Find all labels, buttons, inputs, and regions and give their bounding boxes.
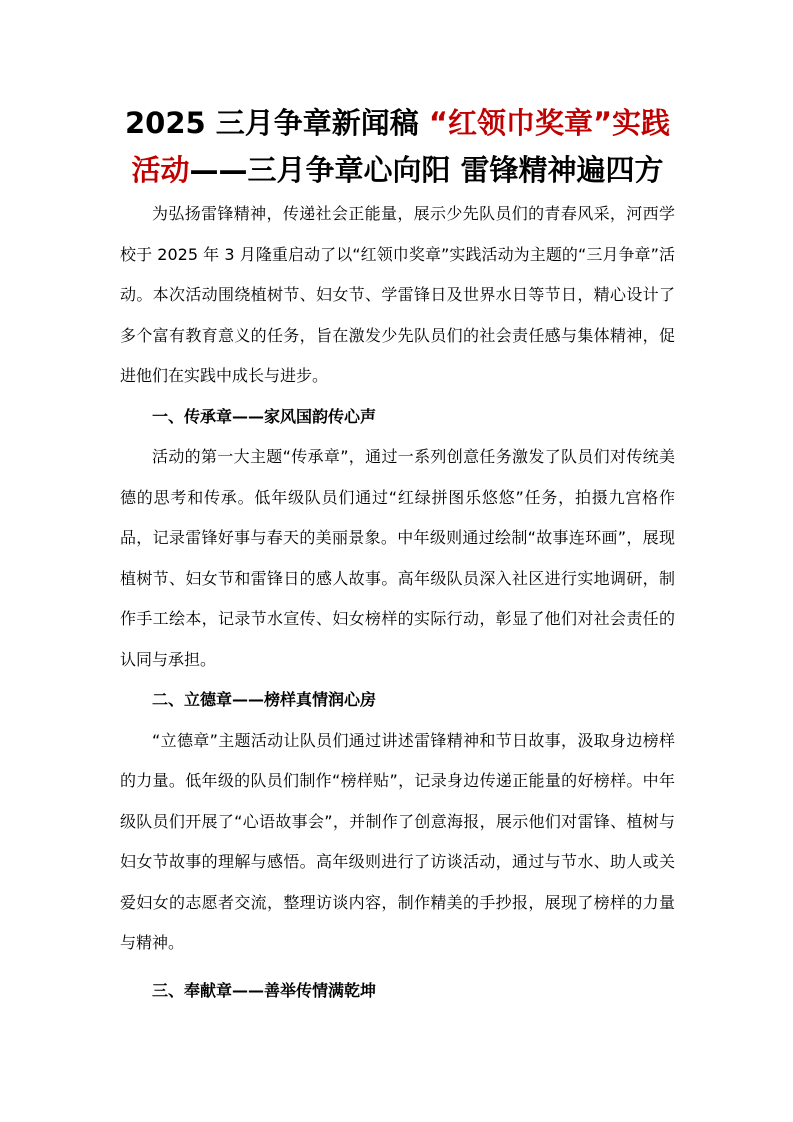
- section-1-body-paragraph: 活动的第一大主题“传承章”，通过一系列创意任务激发了队员们对传统美德的思考和传承…: [120, 437, 675, 680]
- intro-paragraph: 为弘扬雷锋精神，传递社会正能量，展示少先队员们的青春风采，河西学校于 2025 …: [120, 194, 675, 397]
- section-2-body-paragraph: “立德章”主题活动让队员们通过讲述雷锋精神和节日故事，汲取身边榜样的力量。低年级…: [120, 721, 675, 964]
- section-heading-2-lidezhang: 二、立德章——榜样真情润心房: [120, 680, 675, 721]
- document-page: 2025 三月争章新闻稿 “红领巾奖章”实践活动——三月争章心向阳 雷锋精神遍四…: [0, 0, 793, 1122]
- document-title: 2025 三月争章新闻稿 “红领巾奖章”实践活动——三月争章心向阳 雷锋精神遍四…: [120, 100, 675, 194]
- section-heading-1-chuanchengzhang: 一、传承章——家风国韵传心声: [120, 397, 675, 438]
- title-segment-black-2: ——三月争章心向阳 雷锋精神遍四方: [189, 153, 663, 187]
- title-segment-black-1: 2025 三月争章新闻稿: [125, 106, 429, 140]
- section-heading-3-fengxianzhang: 三、奉献章——善举传情满乾坤: [120, 971, 675, 1012]
